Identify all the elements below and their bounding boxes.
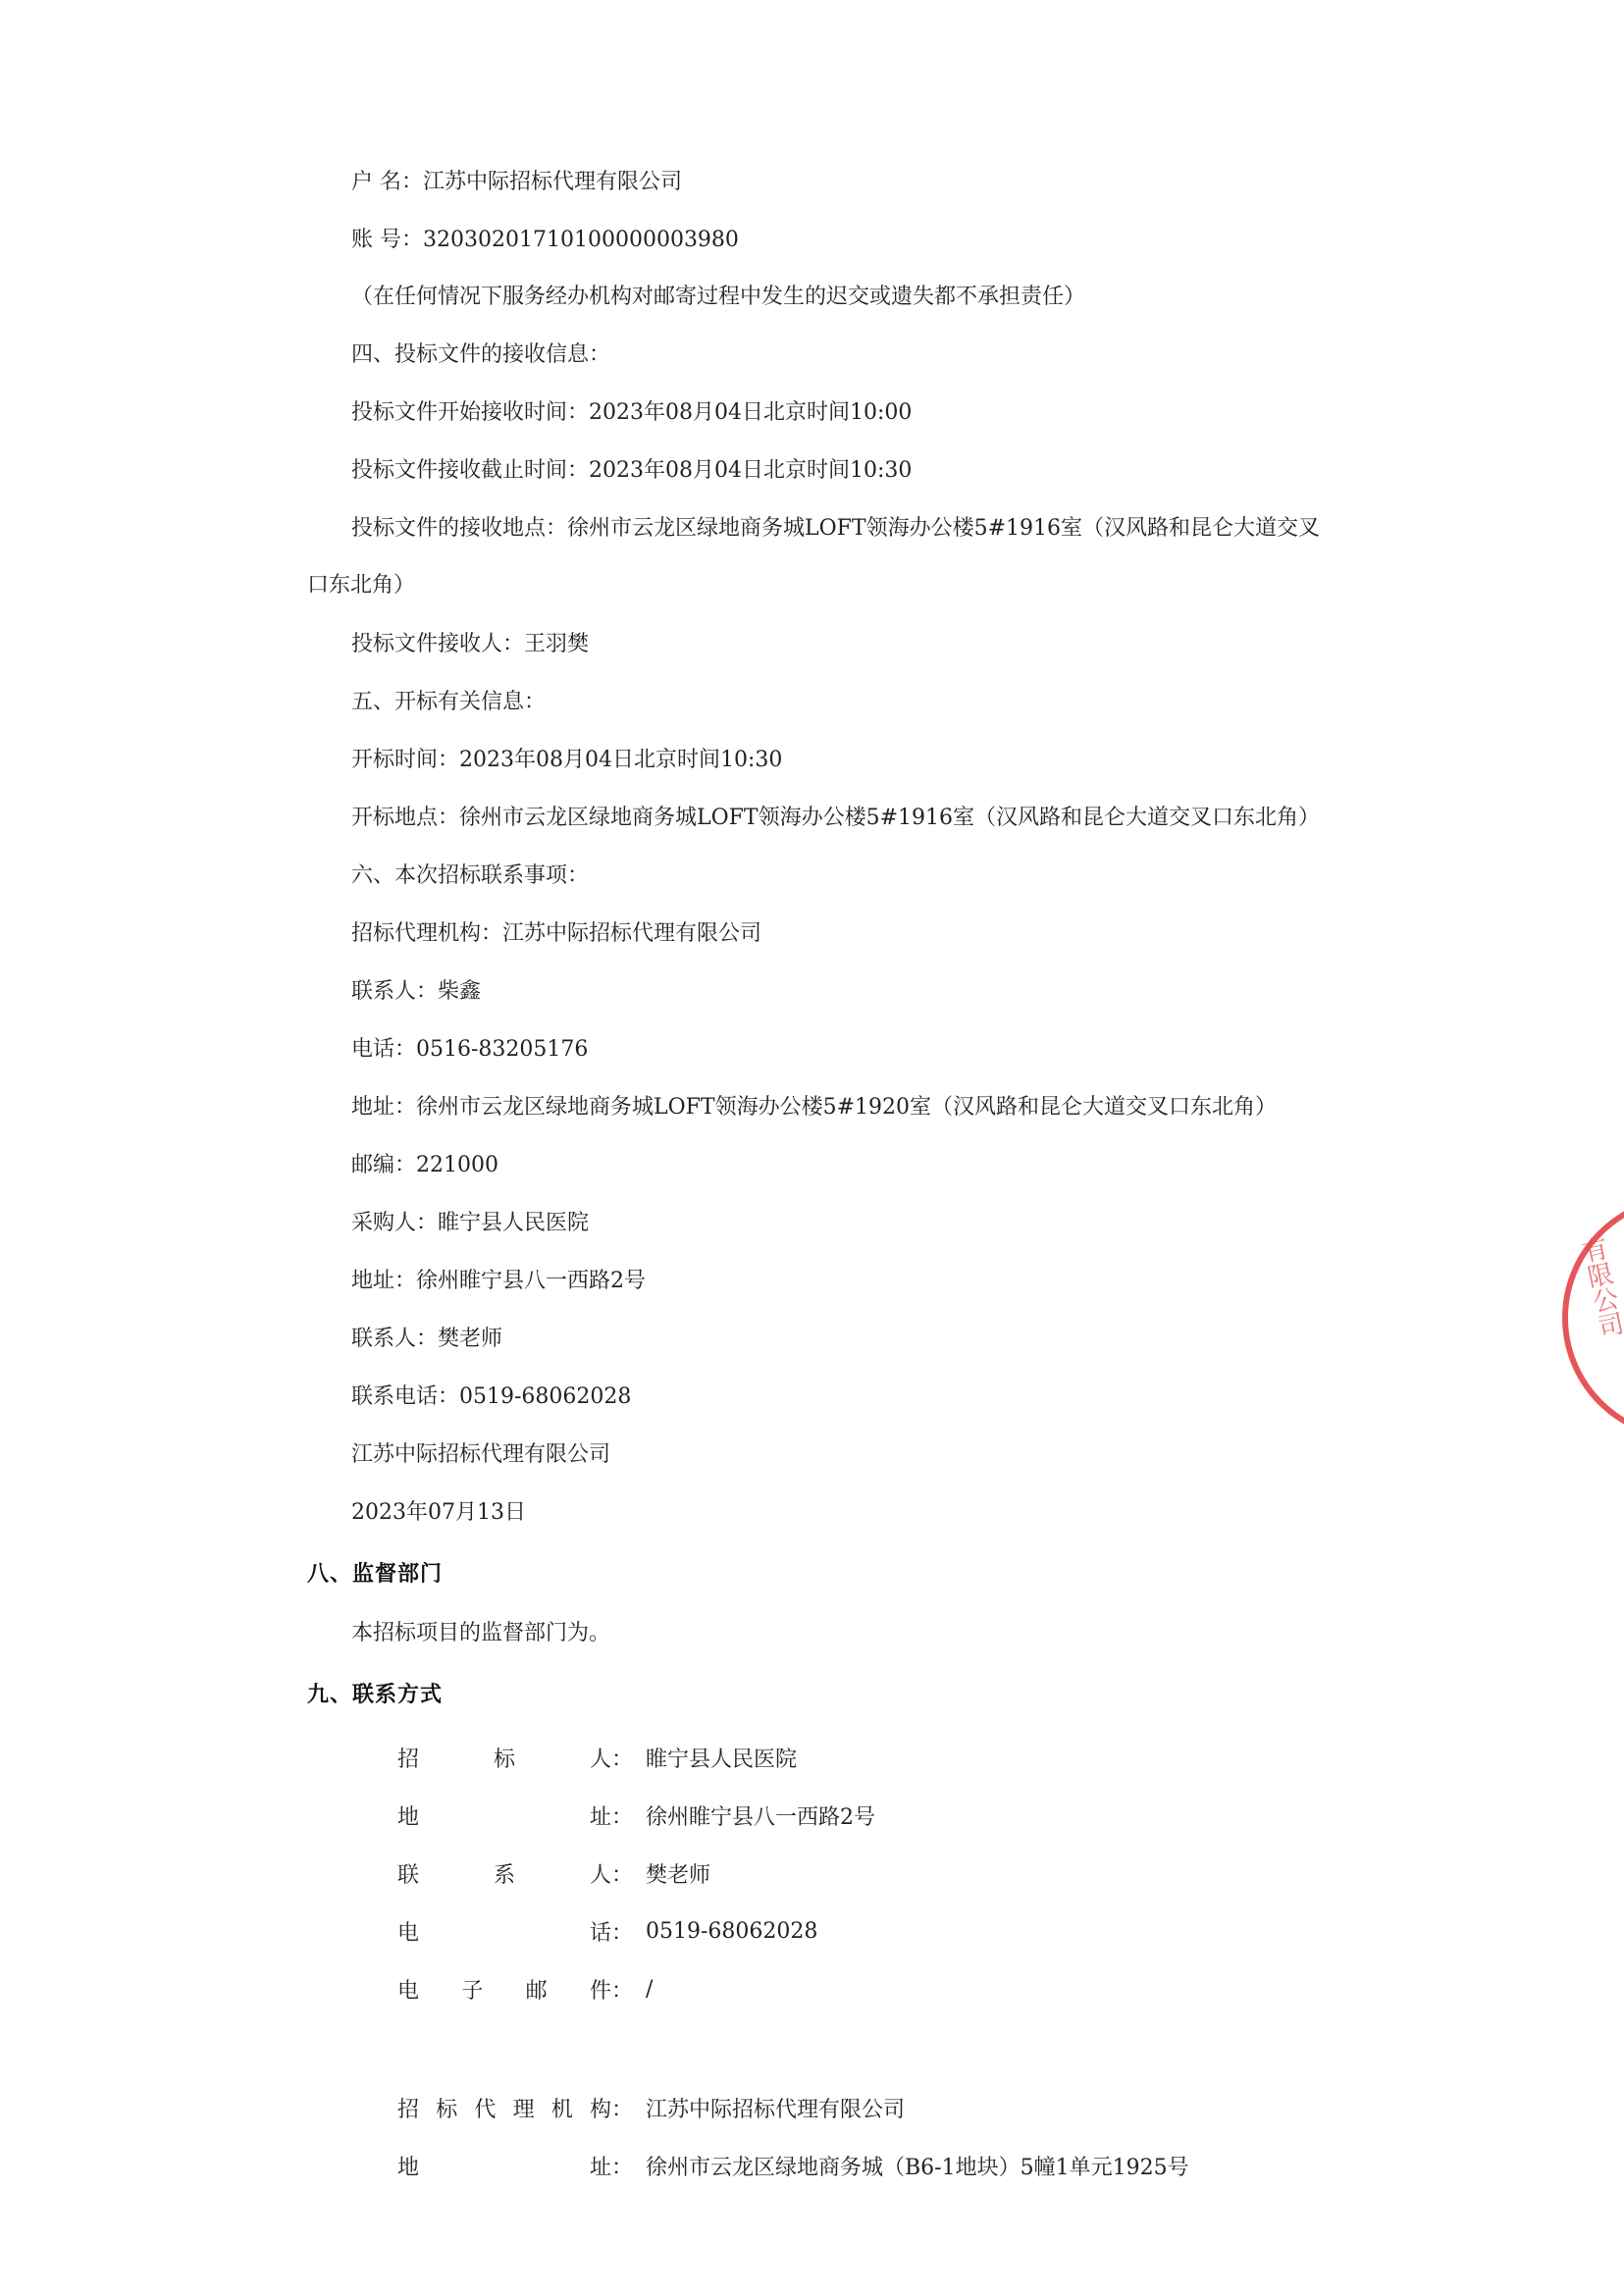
section-8-body: 本招标项目的监督部门为。 — [351, 1619, 610, 1648]
label-char: 地 — [397, 2151, 419, 2181]
contact-row: 电话：0519-68062028 — [397, 1916, 817, 1946]
label-char: 标 — [436, 2093, 457, 2123]
text-line: 联系电话：0519-68062028 — [351, 1382, 631, 1412]
text-line: 投标文件接收人：王羽樊 — [351, 630, 589, 659]
document-page: 户 名：江苏中际招标代理有限公司账 号：32030201710100000003… — [0, 0, 1624, 2295]
contact-value: 0519-68062028 — [646, 1919, 817, 1944]
text-line: 电话：0516-83205176 — [351, 1035, 588, 1065]
contact-row: 联系人：樊老师 — [397, 1858, 710, 1888]
contact-value: / — [646, 1977, 653, 2002]
contact-value: 江苏中际招标代理有限公司 — [646, 2093, 905, 2123]
label-colon: ： — [611, 1858, 646, 1889]
text-line: 投标文件接收截止时间：2023年08月04日北京时间10:30 — [351, 456, 912, 486]
contact-row: 地址：徐州市云龙区绿地商务城（B6-1地块）5幢1单元1925号 — [397, 2151, 1189, 2180]
text-line: 账 号：32030201710100000003980 — [351, 226, 739, 255]
text-line: 江苏中际招标代理有限公司 — [351, 1440, 610, 1470]
text-line: （在任何情况下服务经办机构对邮寄过程中发生的迟交或遗失都不承担责任） — [351, 283, 1085, 312]
contact-label: 电话 — [397, 1916, 611, 1947]
text-line: 2023年07月13日 — [351, 1498, 526, 1528]
contact-label: 地址 — [397, 2151, 611, 2181]
contact-value: 樊老师 — [646, 1858, 710, 1889]
contact-label: 联系人 — [397, 1858, 611, 1889]
label-char: 址 — [590, 2151, 611, 2181]
contact-value: 徐州市云龙区绿地商务城（B6-1地块）5幢1单元1925号 — [646, 2151, 1189, 2181]
text-line: 六、本次招标联系事项： — [351, 861, 589, 891]
label-char: 子 — [461, 1974, 483, 2005]
text-line: 联系人：柴鑫 — [351, 977, 481, 1007]
text-line: 投标文件开始接收时间：2023年08月04日北京时间10:00 — [351, 398, 912, 428]
contact-row: 电子邮件：/ — [397, 1974, 653, 2004]
text-line: 邮编：221000 — [351, 1151, 498, 1180]
label-char: 电 — [397, 1974, 419, 2005]
text-line: 地址：徐州睢宁县八一西路2号 — [351, 1267, 646, 1296]
text-line: 口东北角） — [307, 571, 415, 600]
label-char: 招 — [397, 1743, 419, 1773]
label-colon: ： — [611, 2151, 646, 2181]
label-colon: ： — [611, 1916, 646, 1947]
label-char: 构 — [590, 2093, 611, 2123]
text-line: 采购人：睢宁县人民医院 — [351, 1209, 589, 1238]
contact-label: 电子邮件 — [397, 1974, 611, 2005]
label-char: 件 — [590, 1974, 611, 2005]
contact-value: 徐州睢宁县八一西路2号 — [646, 1800, 875, 1831]
label-char: 招 — [397, 2093, 419, 2123]
label-char: 人 — [590, 1743, 611, 1773]
label-char: 人 — [590, 1858, 611, 1889]
label-char: 联 — [397, 1858, 419, 1889]
label-char: 邮 — [526, 1974, 548, 2005]
text-line: 四、投标文件的接收信息： — [351, 340, 610, 370]
contact-label: 招标代理机构 — [397, 2093, 611, 2123]
label-char: 理 — [513, 2093, 535, 2123]
label-char: 话 — [590, 1916, 611, 1947]
label-colon: ： — [611, 1743, 646, 1773]
section-8-heading: 八、监督部门 — [307, 1560, 443, 1590]
label-char: 机 — [551, 2093, 573, 2123]
text-line: 五、开标有关信息： — [351, 688, 546, 717]
contact-value: 睢宁县人民医院 — [646, 1743, 797, 1773]
label-char: 标 — [494, 1743, 515, 1773]
text-line: 联系人：樊老师 — [351, 1325, 502, 1354]
text-line: 开标地点：徐州市云龙区绿地商务城LOFT领海办公楼5#1916室（汉风路和昆仑大… — [351, 804, 1320, 833]
text-line: 投标文件的接收地点：徐州市云龙区绿地商务城LOFT领海办公楼5#1916室（汉风… — [351, 514, 1320, 544]
label-colon: ： — [611, 2093, 646, 2123]
contact-label: 地址 — [397, 1800, 611, 1831]
label-char: 电 — [397, 1916, 419, 1947]
label-colon: ： — [611, 1800, 646, 1831]
contact-row: 招标代理机构：江苏中际招标代理有限公司 — [397, 2093, 905, 2122]
label-char: 系 — [494, 1858, 515, 1889]
text-line: 户 名：江苏中际招标代理有限公司 — [351, 168, 682, 197]
text-line: 地址：徐州市云龙区绿地商务城LOFT领海办公楼5#1920室（汉风路和昆仑大道交… — [351, 1093, 1277, 1122]
contact-label: 招标人 — [397, 1743, 611, 1773]
contact-row: 地址：徐州睢宁县八一西路2号 — [397, 1800, 875, 1830]
label-char: 址 — [590, 1800, 611, 1831]
label-char: 地 — [397, 1800, 419, 1831]
label-char: 代 — [474, 2093, 496, 2123]
label-colon: ： — [611, 1974, 646, 2005]
text-line: 开标时间：2023年08月04日北京时间10:30 — [351, 746, 782, 775]
contact-row: 招标人：睢宁县人民医院 — [397, 1743, 797, 1772]
section-9-heading: 九、联系方式 — [307, 1681, 443, 1710]
text-line: 招标代理机构：江苏中际招标代理有限公司 — [351, 919, 761, 949]
